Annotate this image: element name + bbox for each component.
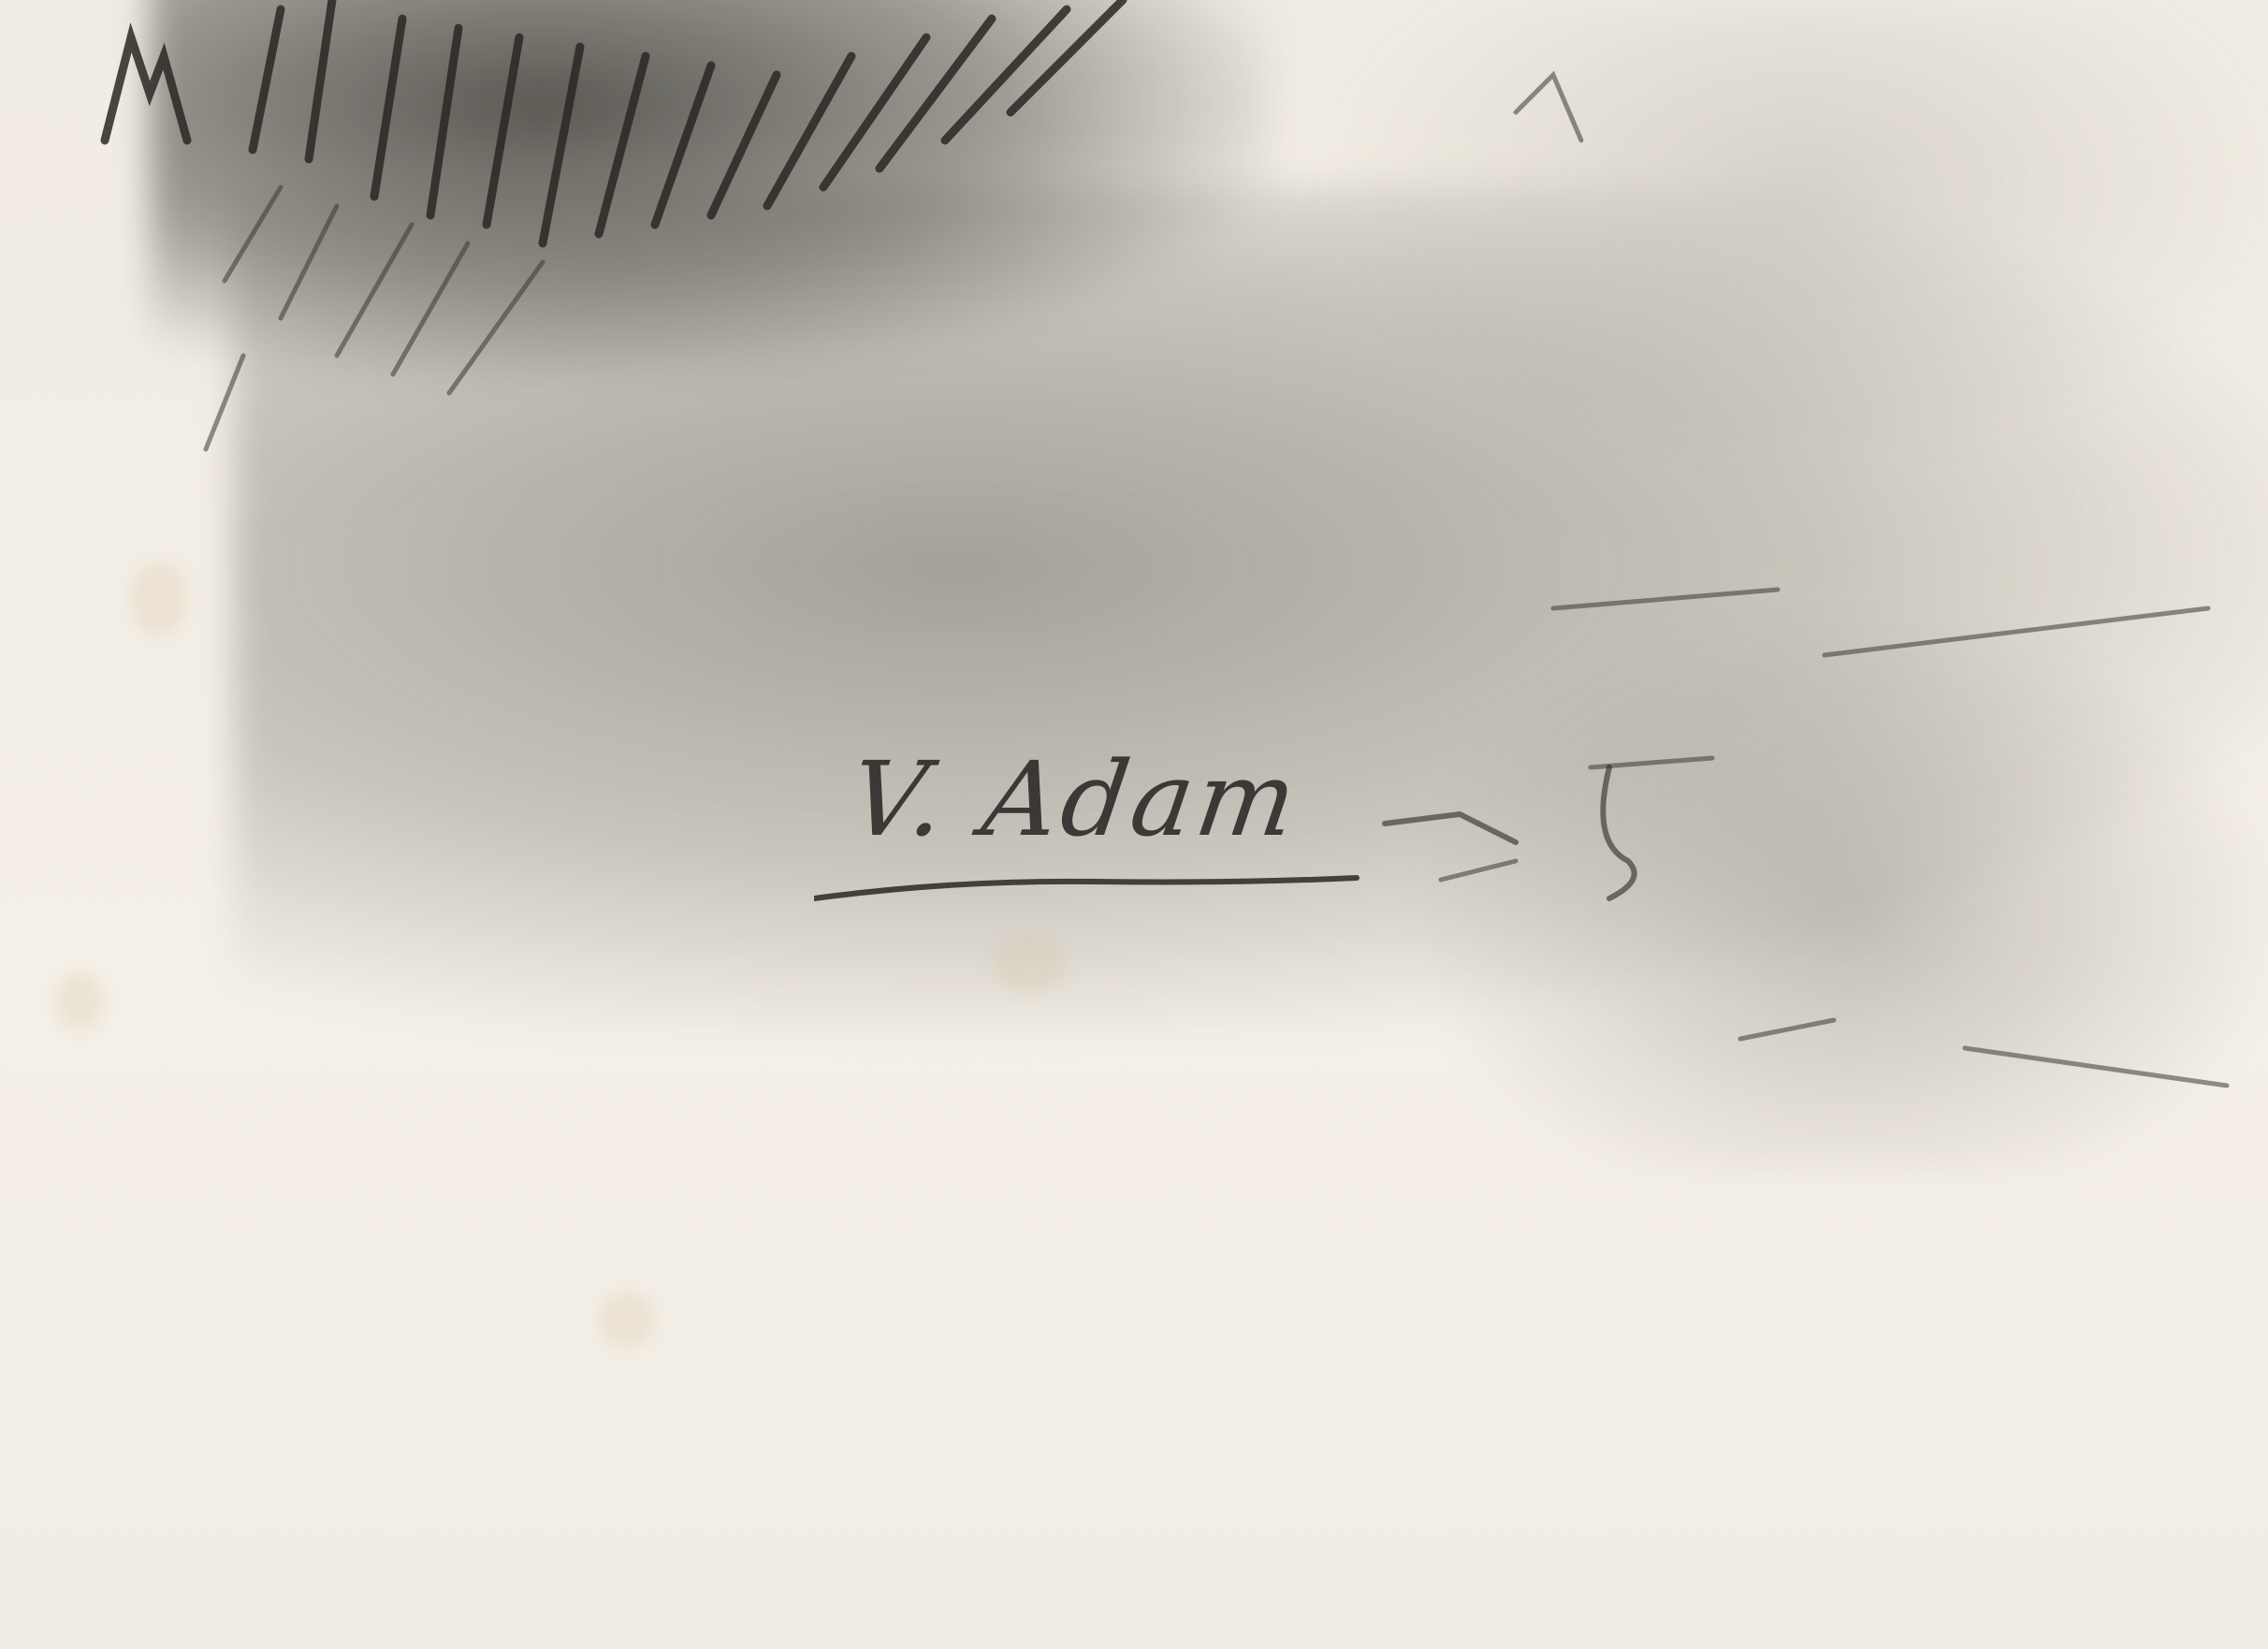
signature-text: V. Adam: [843, 739, 1307, 859]
signature-underline: [814, 861, 1375, 917]
artist-signature: V. Adam: [814, 721, 1375, 936]
